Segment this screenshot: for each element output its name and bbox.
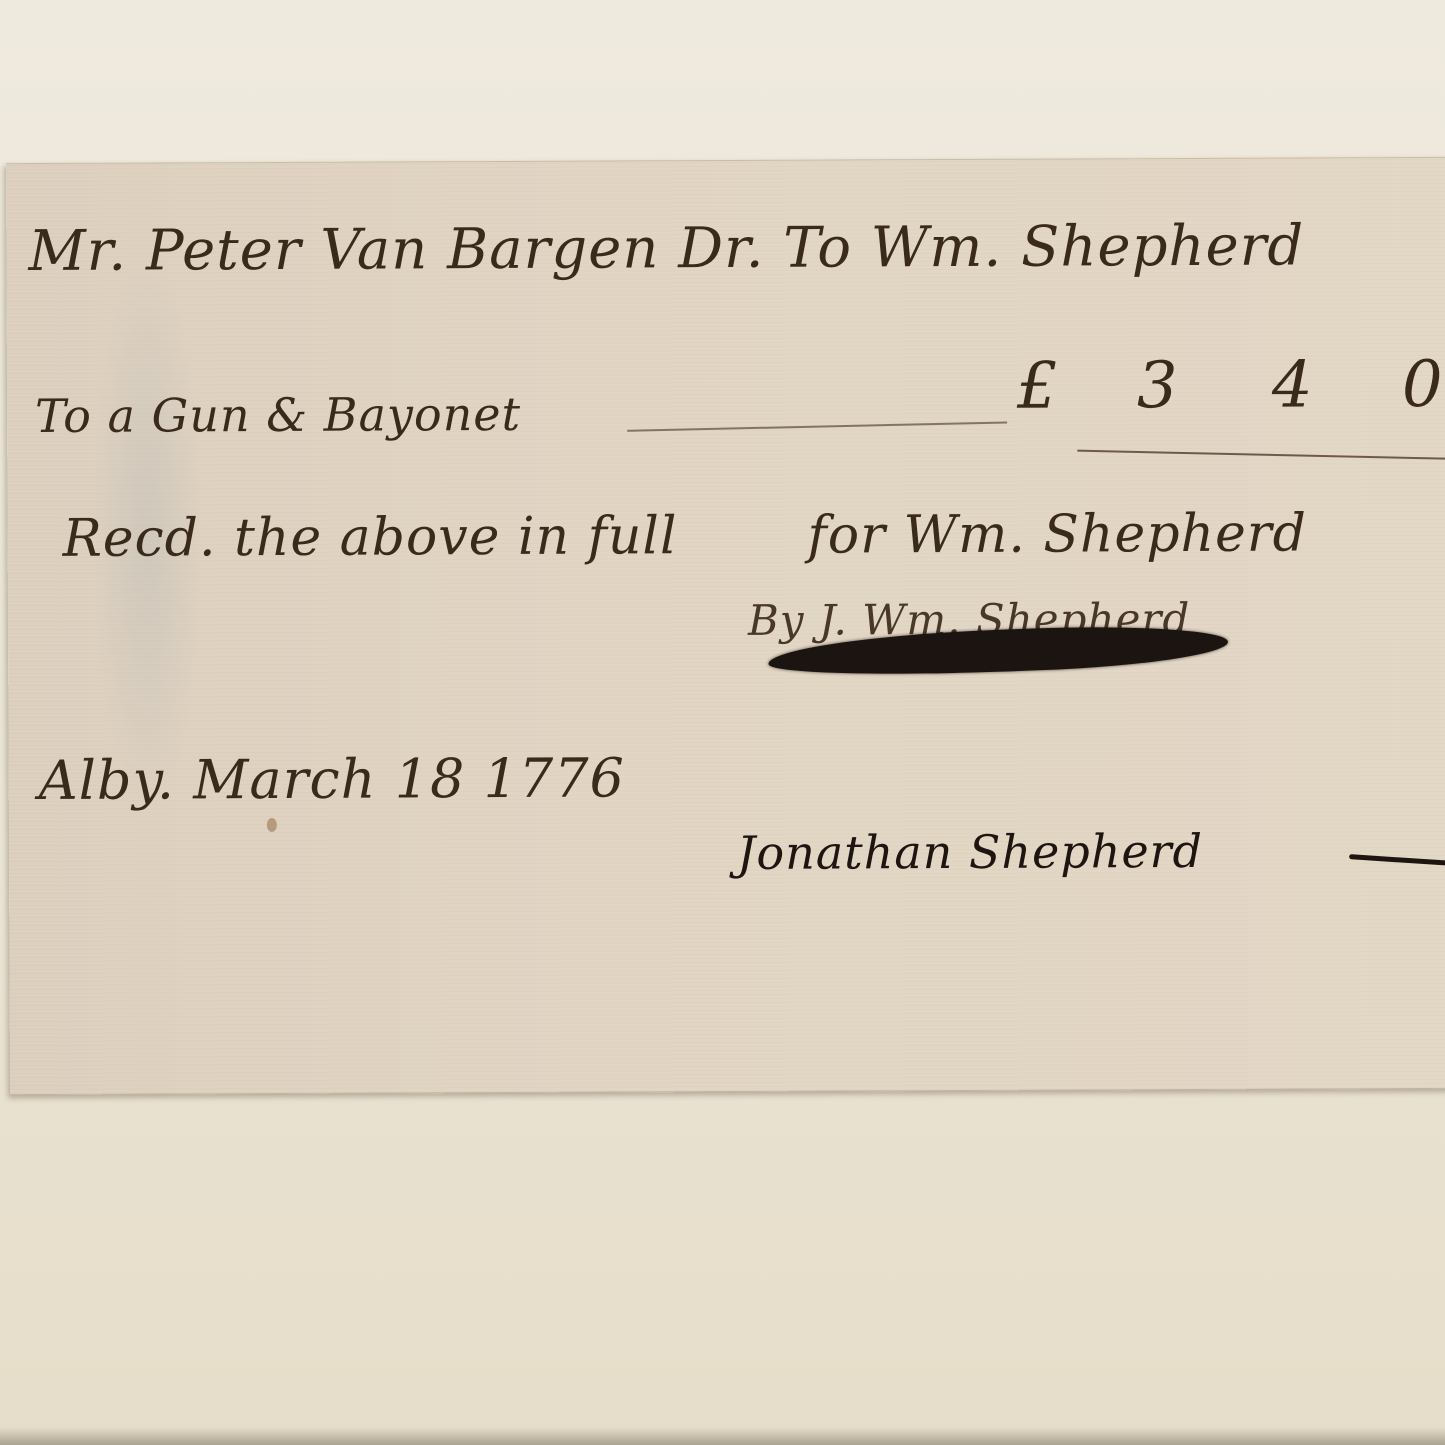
frame-edge-shadow	[0, 1427, 1445, 1445]
signature: Jonathan Shepherd	[737, 824, 1203, 880]
amount-shillings: 4	[1272, 348, 1313, 422]
receipt-statement: Recd. the above in full	[62, 506, 677, 569]
amount-underline	[1077, 450, 1445, 460]
place-date: Alby. March 18 1776	[39, 746, 626, 812]
amount-pence: 0	[1402, 348, 1443, 422]
amount-pounds: 3	[1137, 349, 1178, 423]
signature-flourish	[1349, 854, 1445, 867]
receipt-paper: Mr. Peter Van Bargen Dr. To Wm. Shepherd…	[6, 157, 1445, 1095]
item-line: To a Gun & Bayonet	[35, 387, 521, 443]
on-behalf-of: for Wm. Shepherd	[807, 503, 1307, 565]
leader-rule	[627, 421, 1007, 431]
currency-symbol: £	[1017, 350, 1058, 424]
foxing-spot	[267, 818, 277, 832]
debtor-creditor-line: Mr. Peter Van Bargen Dr. To Wm. Shepherd	[28, 213, 1304, 284]
